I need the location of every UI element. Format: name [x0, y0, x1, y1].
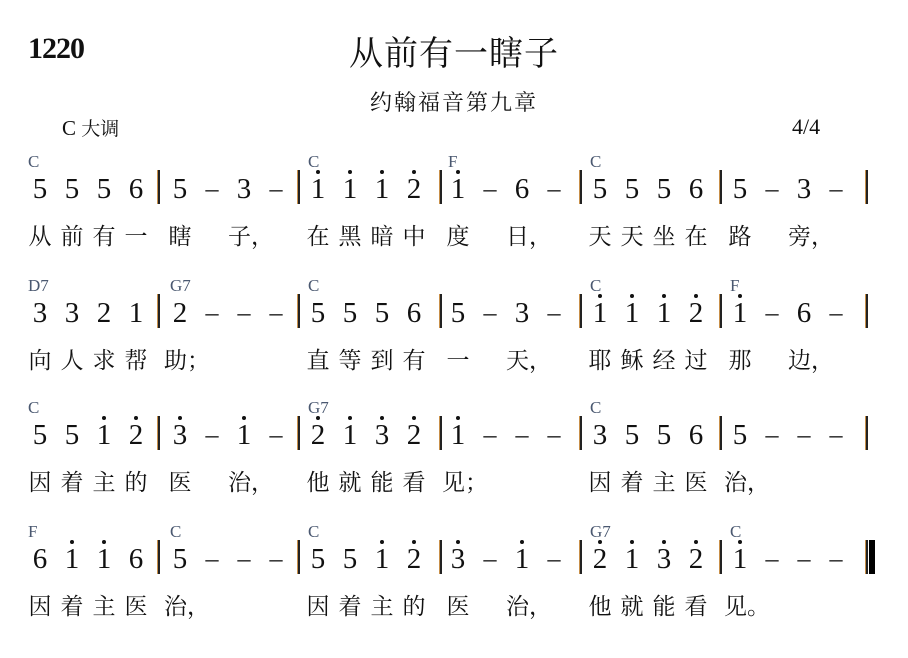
sustain-dash: –	[788, 540, 820, 578]
note: 2	[680, 294, 712, 332]
note: 3	[648, 540, 680, 578]
measure-notes: 2–––	[164, 292, 292, 332]
lyric-syllable: 医	[120, 588, 152, 621]
sustain-dash: –	[260, 294, 292, 332]
lyric-syllable: 过	[680, 342, 712, 375]
measure-notes: 5556	[302, 292, 430, 332]
note: 1	[442, 416, 474, 454]
sustain-dash: –	[538, 294, 570, 332]
note: 2	[584, 540, 616, 578]
lyric-syllable	[474, 342, 506, 375]
lyric-syllable	[538, 464, 570, 497]
note: 2	[164, 294, 196, 332]
note: 6	[120, 170, 152, 208]
measure-notes: 5512	[24, 414, 152, 454]
note: 1	[442, 170, 474, 208]
sustain-dash: –	[756, 416, 788, 454]
lyric-syllable: 见。	[724, 588, 756, 621]
note: 2	[398, 170, 430, 208]
lyric-syllable: 着	[56, 588, 88, 621]
lyric-syllable	[228, 588, 260, 621]
sustain-dash: –	[756, 170, 788, 208]
sustain-dash: –	[820, 294, 852, 332]
sustain-dash: –	[260, 416, 292, 454]
lyric-syllable	[820, 588, 852, 621]
lyric-syllable: 看	[398, 464, 430, 497]
sustain-dash: –	[506, 416, 538, 454]
key-signature: C 大调	[62, 114, 119, 141]
lyric-syllable: 路	[724, 218, 756, 251]
lyric-syllable: 治，	[164, 588, 196, 621]
note: 1	[88, 416, 120, 454]
staff-system: D73321向人求帮G72–––助；C5556直等到有5–3–一天，C1112耶…	[0, 276, 908, 396]
lyric-syllable: 天，	[506, 342, 538, 375]
measure-notes: 1–––	[724, 538, 852, 578]
lyric-syllable: 着	[56, 464, 88, 497]
note: 6	[680, 416, 712, 454]
note: 2	[398, 540, 430, 578]
lyric-syllable: 那	[724, 342, 756, 375]
lyric-syllable	[756, 218, 788, 251]
sustain-dash: –	[538, 416, 570, 454]
note: 1	[616, 540, 648, 578]
lyric-syllable: 主	[648, 464, 680, 497]
key-letter: C	[62, 116, 76, 140]
note: 5	[24, 416, 56, 454]
lyric-syllable: 一	[442, 342, 474, 375]
lyric-line: 因着主的	[302, 588, 430, 621]
measure-notes: 1–6–	[442, 168, 570, 208]
note: 1	[506, 540, 538, 578]
sustain-dash: –	[788, 416, 820, 454]
sustain-dash: –	[474, 170, 506, 208]
note: 5	[56, 416, 88, 454]
lyric-syllable	[538, 342, 570, 375]
lyric-syllable: 因	[584, 464, 616, 497]
note: 1	[88, 540, 120, 578]
lyric-syllable: 中	[398, 218, 430, 251]
lyric-syllable: 向	[24, 342, 56, 375]
sustain-dash: –	[756, 294, 788, 332]
key-mode: 大调	[81, 118, 119, 140]
barline	[719, 540, 722, 574]
lyric-syllable: 主	[88, 588, 120, 621]
note: 5	[724, 416, 756, 454]
barline	[865, 294, 868, 328]
lyric-syllable: 等	[334, 342, 366, 375]
lyric-syllable: 边，	[788, 342, 820, 375]
lyric-syllable: 医	[680, 464, 712, 497]
lyric-syllable: 看	[680, 588, 712, 621]
lyric-syllable: 旁，	[788, 218, 820, 251]
measure-notes: 5–––	[164, 538, 292, 578]
lyric-syllable	[820, 464, 852, 497]
lyric-syllable: 就	[616, 588, 648, 621]
barline	[579, 170, 582, 204]
lyric-syllable	[538, 588, 570, 621]
note: 1	[366, 170, 398, 208]
lyric-syllable: 治，	[228, 464, 260, 497]
measure-notes: 1112	[584, 292, 712, 332]
lyric-syllable: 直	[302, 342, 334, 375]
note: 5	[616, 416, 648, 454]
sustain-dash: –	[756, 540, 788, 578]
scripture-reference: 约翰福音第九章	[0, 86, 908, 117]
lyric-line: 那边，	[724, 342, 852, 375]
measure-notes: 5556	[584, 168, 712, 208]
note: 3	[56, 294, 88, 332]
barline	[297, 294, 300, 328]
note: 2	[398, 416, 430, 454]
lyric-syllable: 因	[302, 588, 334, 621]
lyric-line: 因着主的	[24, 464, 152, 497]
note: 2	[302, 416, 334, 454]
lyric-syllable: 人	[56, 342, 88, 375]
lyric-syllable	[788, 464, 820, 497]
lyric-line: 度日，	[442, 218, 570, 251]
staff-system: C5512因着主的3–1–医治，G72132他就能看1–––见；C3556因着主…	[0, 398, 908, 518]
note: 1	[724, 540, 756, 578]
lyric-syllable	[820, 342, 852, 375]
lyric-syllable: 因	[24, 588, 56, 621]
note: 5	[56, 170, 88, 208]
note: 5	[442, 294, 474, 332]
lyric-syllable	[196, 464, 228, 497]
lyric-syllable: 经	[648, 342, 680, 375]
lyric-line: 医治，	[442, 588, 570, 621]
note: 1	[228, 416, 260, 454]
note: 3	[506, 294, 538, 332]
lyric-syllable: 的	[398, 588, 430, 621]
note: 1	[724, 294, 756, 332]
lyric-line: 直等到有	[302, 342, 430, 375]
measure-notes: 5512	[302, 538, 430, 578]
barline	[157, 170, 160, 204]
sustain-dash: –	[474, 294, 506, 332]
lyric-syllable: 有	[398, 342, 430, 375]
barline	[157, 294, 160, 328]
sustain-dash: –	[474, 540, 506, 578]
lyric-syllable: 能	[648, 588, 680, 621]
lyric-syllable: 到	[366, 342, 398, 375]
lyric-syllable	[196, 342, 228, 375]
note: 5	[24, 170, 56, 208]
lyric-syllable	[474, 464, 506, 497]
note: 5	[334, 294, 366, 332]
sustain-dash: –	[538, 170, 570, 208]
lyric-line: 因着主医	[584, 464, 712, 497]
sustain-dash: –	[196, 294, 228, 332]
sustain-dash: –	[538, 540, 570, 578]
lyric-syllable: 主	[366, 588, 398, 621]
note: 1	[120, 294, 152, 332]
barline	[719, 170, 722, 204]
time-signature: 4/4	[792, 114, 820, 140]
note: 1	[648, 294, 680, 332]
lyric-line: 路旁，	[724, 218, 852, 251]
barline	[297, 540, 300, 574]
final-barline-thick	[869, 540, 875, 574]
note: 1	[302, 170, 334, 208]
lyric-syllable	[260, 342, 292, 375]
barline	[579, 540, 582, 574]
lyric-syllable	[260, 464, 292, 497]
lyric-syllable: 天	[616, 218, 648, 251]
measure-notes: 5–3–	[724, 168, 852, 208]
note: 5	[648, 170, 680, 208]
note: 5	[616, 170, 648, 208]
note: 1	[334, 170, 366, 208]
lyric-syllable: 着	[334, 588, 366, 621]
sustain-dash: –	[820, 170, 852, 208]
lyric-line: 医治，	[164, 464, 292, 497]
lyric-syllable: 的	[120, 464, 152, 497]
measure-notes: 6116	[24, 538, 152, 578]
lyric-syllable: 稣	[616, 342, 648, 375]
lyric-line: 耶稣经过	[584, 342, 712, 375]
lyric-syllable: 从	[24, 218, 56, 251]
lyric-syllable	[196, 588, 228, 621]
note: 5	[302, 540, 334, 578]
measure-notes: 5–3–	[442, 292, 570, 332]
note: 2	[680, 540, 712, 578]
lyric-syllable: 在	[302, 218, 334, 251]
measure-notes: 2132	[584, 538, 712, 578]
lyric-syllable: 助；	[164, 342, 196, 375]
note: 5	[584, 170, 616, 208]
lyric-syllable: 就	[334, 464, 366, 497]
lyric-syllable: 求	[88, 342, 120, 375]
lyric-line: 治，	[164, 588, 292, 621]
barline	[297, 170, 300, 204]
sustain-dash: –	[196, 540, 228, 578]
sustain-dash: –	[260, 170, 292, 208]
measure-notes: 1–––	[442, 414, 570, 454]
note: 3	[584, 416, 616, 454]
sustain-dash: –	[228, 540, 260, 578]
lyric-syllable	[756, 342, 788, 375]
barline	[157, 540, 160, 574]
lyric-syllable: 暗	[366, 218, 398, 251]
measure-notes: 1112	[302, 168, 430, 208]
lyric-syllable: 在	[680, 218, 712, 251]
lyric-syllable: 他	[584, 588, 616, 621]
sustain-dash: –	[820, 540, 852, 578]
note: 1	[334, 416, 366, 454]
barline	[865, 416, 868, 450]
lyric-line: 一天，	[442, 342, 570, 375]
lyric-syllable: 天	[584, 218, 616, 251]
lyric-syllable: 瞎	[164, 218, 196, 251]
note: 6	[120, 540, 152, 578]
note: 5	[366, 294, 398, 332]
measure-notes: 5–––	[724, 414, 852, 454]
lyric-line: 天天坐在	[584, 218, 712, 251]
lyric-syllable	[196, 218, 228, 251]
lyric-syllable	[756, 588, 788, 621]
note: 3	[788, 170, 820, 208]
lyric-syllable: 医	[442, 588, 474, 621]
lyric-syllable: 着	[616, 464, 648, 497]
lyric-syllable: 坐	[648, 218, 680, 251]
barline	[865, 170, 868, 204]
lyric-syllable	[228, 342, 260, 375]
note: 6	[24, 540, 56, 578]
lyric-syllable: 他	[302, 464, 334, 497]
staff-system: F6116因着主医C5–––治，C5512因着主的3–1–医治，G72132他就…	[0, 522, 908, 642]
note: 5	[164, 170, 196, 208]
sustain-dash: –	[474, 416, 506, 454]
lyric-syllable: 见；	[442, 464, 474, 497]
lyric-syllable	[756, 464, 788, 497]
measure-notes: 5–3–	[164, 168, 292, 208]
note: 1	[584, 294, 616, 332]
lyric-line: 向人求帮	[24, 342, 152, 375]
staff-system: C5556从前有一5–3–瞎子，C1112在黑暗中F1–6–度日，C5556天天…	[0, 152, 908, 272]
note: 6	[398, 294, 430, 332]
sustain-dash: –	[228, 294, 260, 332]
lyric-syllable	[820, 218, 852, 251]
note: 6	[788, 294, 820, 332]
note: 3	[228, 170, 260, 208]
measure-notes: 5556	[24, 168, 152, 208]
measure-notes: 3–1–	[164, 414, 292, 454]
note: 5	[302, 294, 334, 332]
lyric-line: 从前有一	[24, 218, 152, 251]
note: 1	[616, 294, 648, 332]
note: 3	[24, 294, 56, 332]
lyric-line: 因着主医	[24, 588, 152, 621]
lyric-line: 他就能看	[584, 588, 712, 621]
final-barline-thin	[865, 540, 868, 574]
note: 2	[88, 294, 120, 332]
lyric-line: 在黑暗中	[302, 218, 430, 251]
lyric-syllable: 因	[24, 464, 56, 497]
lyric-syllable	[260, 218, 292, 251]
note: 6	[506, 170, 538, 208]
note: 5	[648, 416, 680, 454]
barline	[579, 294, 582, 328]
note: 2	[120, 416, 152, 454]
note: 5	[88, 170, 120, 208]
note: 1	[56, 540, 88, 578]
lyric-syllable	[506, 464, 538, 497]
barline	[719, 294, 722, 328]
lyric-syllable: 耶	[584, 342, 616, 375]
measure-notes: 3556	[584, 414, 712, 454]
measure-notes: 1–6–	[724, 292, 852, 332]
lyric-syllable: 日，	[506, 218, 538, 251]
sustain-dash: –	[260, 540, 292, 578]
lyric-line: 见；	[442, 464, 570, 497]
note: 3	[366, 416, 398, 454]
lyric-syllable	[474, 218, 506, 251]
lyric-syllable	[538, 218, 570, 251]
lyric-syllable: 黑	[334, 218, 366, 251]
song-title: 从前有一瞎子	[0, 26, 908, 75]
sustain-dash: –	[196, 416, 228, 454]
lyric-syllable: 帮	[120, 342, 152, 375]
lyric-syllable: 治，	[506, 588, 538, 621]
sustain-dash: –	[196, 170, 228, 208]
lyric-line: 治，	[724, 464, 852, 497]
lyric-syllable: 有	[88, 218, 120, 251]
lyric-line: 见。	[724, 588, 852, 621]
note: 3	[164, 416, 196, 454]
lyric-syllable: 前	[56, 218, 88, 251]
note: 3	[442, 540, 474, 578]
note: 6	[680, 170, 712, 208]
note: 5	[164, 540, 196, 578]
note: 5	[334, 540, 366, 578]
lyric-line: 瞎子，	[164, 218, 292, 251]
barline	[719, 416, 722, 450]
lyric-syllable: 子，	[228, 218, 260, 251]
note: 1	[366, 540, 398, 578]
measure-notes: 3–1–	[442, 538, 570, 578]
lyric-syllable: 能	[366, 464, 398, 497]
lyric-syllable	[788, 588, 820, 621]
note: 5	[724, 170, 756, 208]
lyric-syllable: 主	[88, 464, 120, 497]
lyric-syllable	[474, 588, 506, 621]
lyric-syllable: 治，	[724, 464, 756, 497]
measure-notes: 3321	[24, 292, 152, 332]
lyric-syllable: 度	[442, 218, 474, 251]
measure-notes: 2132	[302, 414, 430, 454]
lyric-line: 他就能看	[302, 464, 430, 497]
lyric-syllable: 一	[120, 218, 152, 251]
barline	[157, 416, 160, 450]
lyric-syllable	[260, 588, 292, 621]
lyric-line: 助；	[164, 342, 292, 375]
lyric-syllable: 医	[164, 464, 196, 497]
barline	[297, 416, 300, 450]
sustain-dash: –	[820, 416, 852, 454]
barline	[579, 416, 582, 450]
